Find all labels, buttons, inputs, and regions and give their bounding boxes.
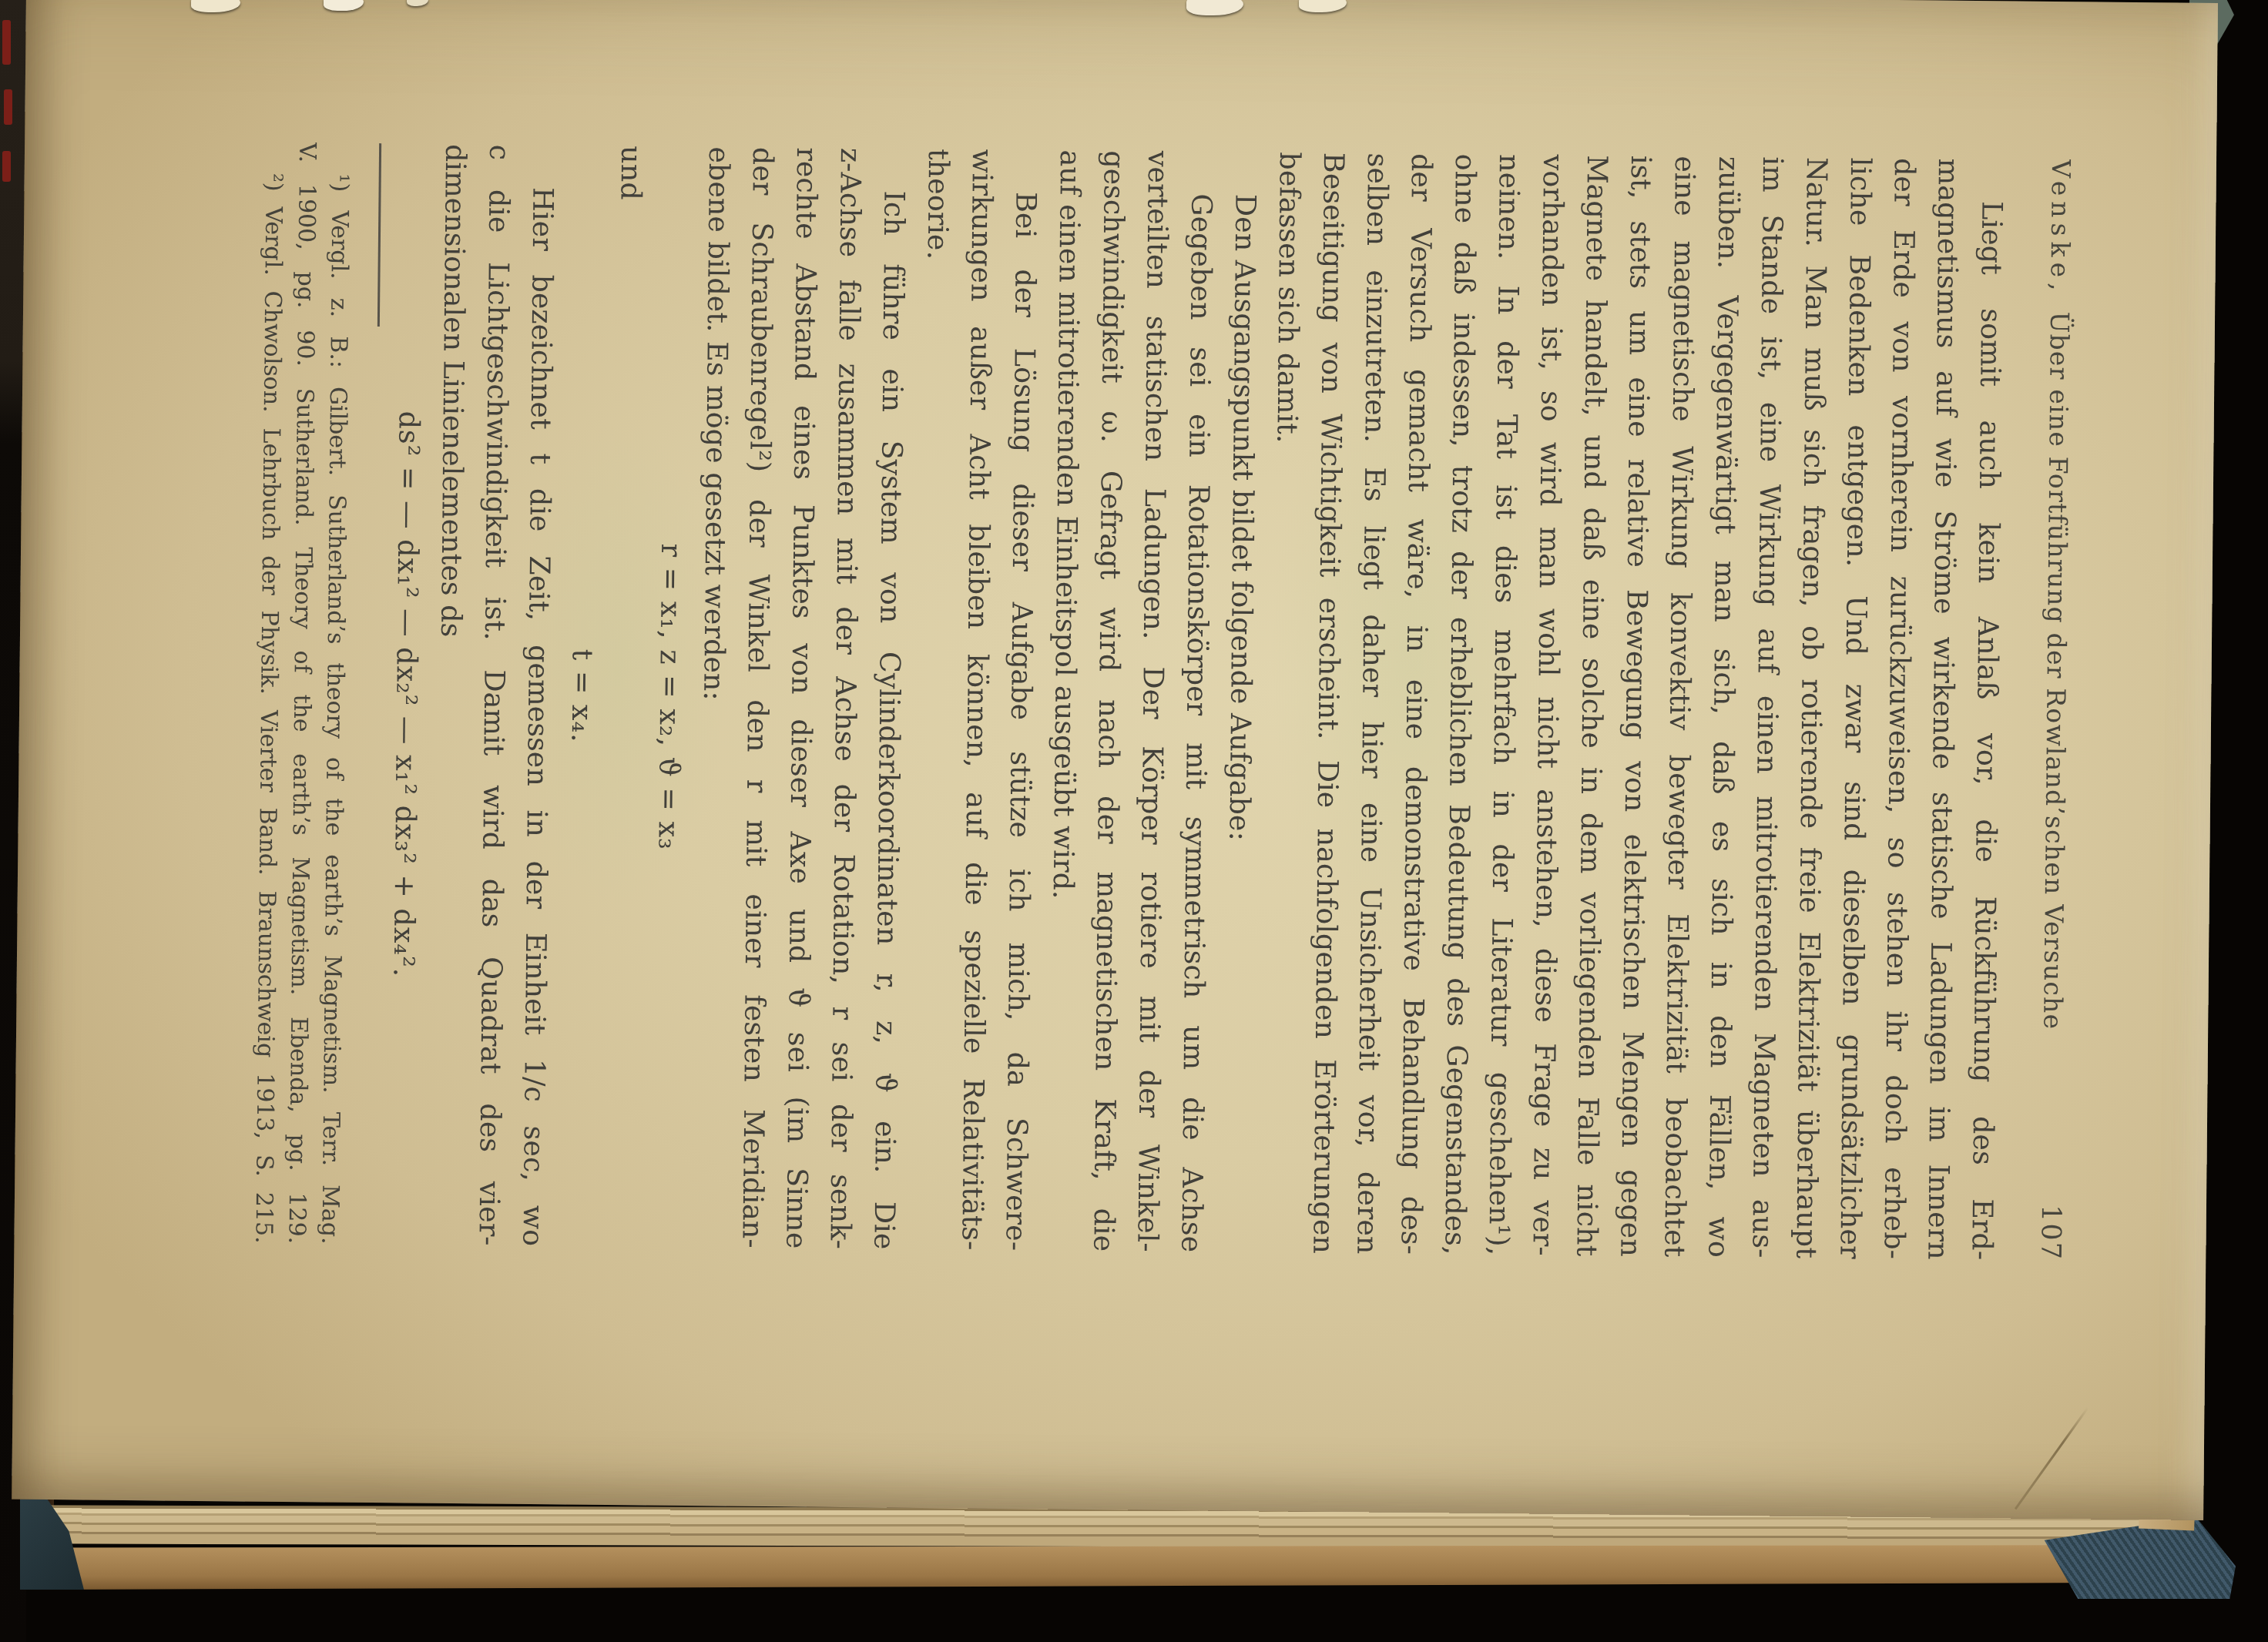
book-block-bottom-edge xyxy=(43,1545,2202,1590)
cover-red-mark xyxy=(2,151,11,182)
scanned-page: Venske, Über eine Fortführung der Rowlan… xyxy=(12,0,2218,1520)
cover-red-mark xyxy=(2,20,11,65)
page-number: 107 xyxy=(2035,1205,2066,1261)
body-text: Liegt somit auch kein Anlaß vor, die Rüc… xyxy=(379,143,2015,1260)
cover-red-mark xyxy=(4,89,12,125)
footnote-rule xyxy=(377,143,381,327)
running-header: Venske, Über eine Fortführung der Rowlan… xyxy=(2035,159,2076,1261)
header-author: Venske, xyxy=(2045,159,2076,297)
footnotes: ¹) Vergl. z. B.: Gilbert. Sutherland’s t… xyxy=(247,142,357,1245)
book-scan: Venske, Über eine Fortführung der Rowlan… xyxy=(0,0,2268,1642)
dog-ear-crease xyxy=(2015,1407,2089,1510)
header-title: Über eine Fortführung der Rowland’schen … xyxy=(2038,311,2075,1030)
